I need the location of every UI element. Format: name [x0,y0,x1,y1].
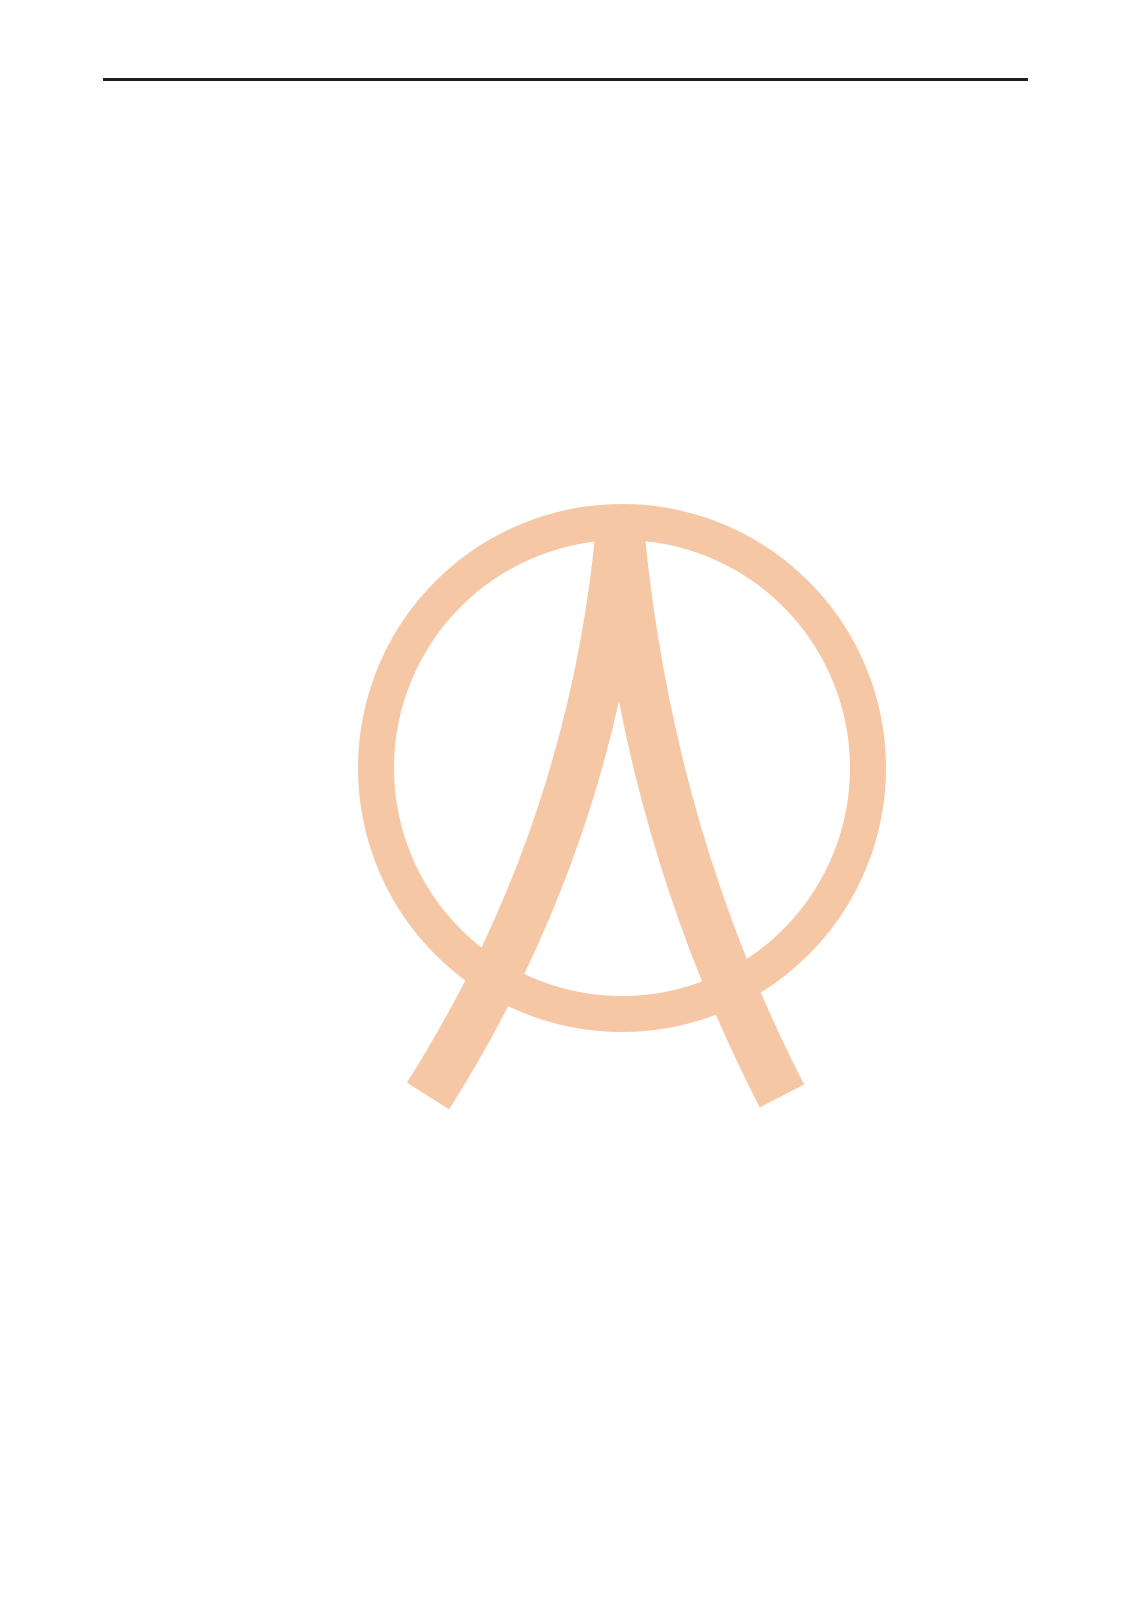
watermark-layer [0,0,1131,1600]
diagonal-company-watermark [100,1011,182,1085]
company-logo-watermark [290,420,950,1120]
page-header [103,70,1028,81]
tongan-logo-icon [290,420,950,1120]
document-page [0,0,1131,1600]
